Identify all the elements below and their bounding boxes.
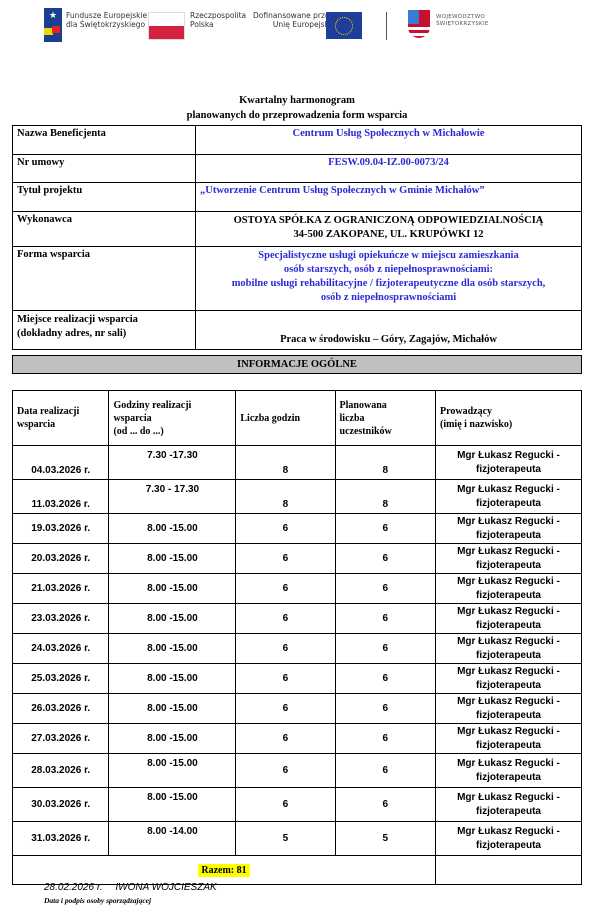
cell-hours-count: 6 [236, 634, 335, 664]
col-header-leader: Prowadzący (imię i nazwisko) [435, 391, 581, 446]
eu-cofunded-text: Dofinansowane przez Unię Europejską [253, 11, 334, 29]
col-header-hours-count: Liczba godzin [236, 391, 335, 446]
support-form-label: Forma wsparcia [13, 247, 196, 311]
schedule-header-row: Data realizacji wsparcia Godziny realiza… [13, 391, 582, 446]
cell-participants: 6 [335, 544, 435, 574]
schedule-row: 04.03.2026 r.7.30 -17.3088Mgr Łukasz Reg… [13, 446, 582, 480]
contractor-value: OSTOYA SPÓŁKA Z OGRANICZONĄ ODPOWIEDZIAL… [196, 212, 582, 247]
cell-participants: 8 [335, 480, 435, 514]
info-row-support-form: Forma wsparcia Specjalistyczne usługi op… [13, 247, 582, 311]
beneficiary-value: Centrum Usług Społecznych w Michałowie [196, 126, 582, 155]
region-crest-icon [408, 10, 430, 40]
cell-leader: Mgr Łukasz Regucki -fizjoterapeuta [435, 724, 581, 754]
cell-hours: 8.00 -15.00 [109, 664, 236, 694]
cell-hours-count: 8 [236, 446, 335, 480]
schedule-row: 23.03.2026 r.8.00 -15.0066Mgr Łukasz Reg… [13, 604, 582, 634]
cell-hours-count: 5 [236, 822, 335, 856]
cell-participants: 6 [335, 694, 435, 724]
funding-logos-strip: ★ Fundusze Europejskie dla Świętokrzyski… [0, 0, 594, 50]
schedule-row: 19.03.2026 r.8.00 -15.0066Mgr Łukasz Reg… [13, 514, 582, 544]
cell-date: 23.03.2026 r. [13, 604, 109, 634]
european-funds-logo-text: Fundusze Europejskie dla Świętokrzyskieg… [66, 11, 147, 29]
cell-leader: Mgr Łukasz Regucki -fizjoterapeuta [435, 514, 581, 544]
schedule-row: 20.03.2026 r.8.00 -15.0066Mgr Łukasz Reg… [13, 544, 582, 574]
info-row-place: Miejsce realizacji wsparcia (dokładny ad… [13, 311, 582, 350]
schedule-body: 04.03.2026 r.7.30 -17.3088Mgr Łukasz Reg… [13, 446, 582, 856]
signature-line: 28.02.2026 r. IWONA WOJCIESZAK [44, 882, 217, 893]
cell-leader: Mgr Łukasz Regucki -fizjoterapeuta [435, 754, 581, 788]
cell-date: 27.03.2026 r. [13, 724, 109, 754]
cell-hours-count: 8 [236, 480, 335, 514]
place-label: Miejsce realizacji wsparcia (dokładny ad… [13, 311, 196, 350]
cell-hours: 8.00 -14.00 [109, 822, 236, 856]
cell-hours-count: 6 [236, 724, 335, 754]
cell-participants: 6 [335, 514, 435, 544]
cell-hours-count: 6 [236, 574, 335, 604]
support-form-value: Specjalistyczne usługi opiekuńcze w miej… [196, 247, 582, 311]
cell-date: 26.03.2026 r. [13, 694, 109, 724]
schedule-total-row: Razem: 81 [13, 856, 582, 885]
cell-participants: 6 [335, 724, 435, 754]
cell-hours-count: 6 [236, 664, 335, 694]
info-row-project: Tytuł projektu „Utworzenie Centrum Usług… [13, 183, 582, 212]
cell-date: 20.03.2026 r. [13, 544, 109, 574]
cell-leader: Mgr Łukasz Regucki -fizjoterapeuta [435, 574, 581, 604]
cell-date: 24.03.2026 r. [13, 634, 109, 664]
cell-participants: 5 [335, 822, 435, 856]
region-logo-text: WOJEWÓDZTWO ŚWIĘTOKRZYSKIE [436, 14, 489, 28]
cell-hours-count: 6 [236, 788, 335, 822]
schedule-row: 30.03.2026 r.8.00 -15.0066Mgr Łukasz Reg… [13, 788, 582, 822]
cell-hours-count: 6 [236, 544, 335, 574]
cell-participants: 6 [335, 634, 435, 664]
cell-hours: 8.00 -15.00 [109, 634, 236, 664]
cell-hours: 8.00 -15.00 [109, 754, 236, 788]
beneficiary-label: Nazwa Beneficjenta [13, 126, 196, 155]
cell-participants: 6 [335, 604, 435, 634]
european-funds-logo-icon: ★ [44, 8, 62, 42]
cell-participants: 6 [335, 788, 435, 822]
info-row-contract: Nr umowy FESW.09.04-IZ.00-0073/24 [13, 155, 582, 183]
cell-hours: 8.00 -15.00 [109, 694, 236, 724]
cell-hours-count: 6 [236, 694, 335, 724]
schedule-row: 25.03.2026 r.8.00 -15.0066Mgr Łukasz Reg… [13, 664, 582, 694]
cell-participants: 8 [335, 446, 435, 480]
cell-participants: 6 [335, 754, 435, 788]
total-hours: Razem: 81 [198, 864, 249, 877]
eu-flag-icon [326, 12, 362, 39]
col-header-hours: Godziny realizacji wsparcia (od ... do .… [109, 391, 236, 446]
schedule-row: 27.03.2026 r.8.00 -15.0066Mgr Łukasz Reg… [13, 724, 582, 754]
project-label: Tytuł projektu [13, 183, 196, 212]
poland-logo-text: Rzeczpospolita Polska [190, 11, 246, 29]
cell-leader: Mgr Łukasz Regucki -fizjoterapeuta [435, 694, 581, 724]
cell-leader: Mgr Łukasz Regucki -fizjoterapeuta [435, 664, 581, 694]
schedule-table: Data realizacji wsparcia Godziny realiza… [12, 390, 582, 885]
cell-hours: 7.30 -17.30 [109, 446, 236, 480]
cell-hours: 8.00 -15.00 [109, 788, 236, 822]
cell-leader: Mgr Łukasz Regucki -fizjoterapeuta [435, 634, 581, 664]
cell-hours: 7.30 - 17.30 [109, 480, 236, 514]
cell-date: 30.03.2026 r. [13, 788, 109, 822]
cell-leader: Mgr Łukasz Regucki -fizjoterapeuta [435, 480, 581, 514]
cell-leader: Mgr Łukasz Regucki -fizjoterapeuta [435, 446, 581, 480]
cell-leader: Mgr Łukasz Regucki -fizjoterapeuta [435, 604, 581, 634]
cell-hours-count: 6 [236, 604, 335, 634]
section-general-info-header: INFORMACJE OGÓLNE [12, 355, 582, 374]
info-row-beneficiary: Nazwa Beneficjenta Centrum Usług Społecz… [13, 126, 582, 155]
project-value: „Utworzenie Centrum Usług Społecznych w … [196, 183, 582, 212]
cell-date: 25.03.2026 r. [13, 664, 109, 694]
cell-date: 04.03.2026 r. [13, 446, 109, 480]
cell-date: 21.03.2026 r. [13, 574, 109, 604]
cell-hours-count: 6 [236, 754, 335, 788]
cell-leader: Mgr Łukasz Regucki -fizjoterapeuta [435, 822, 581, 856]
cell-leader: Mgr Łukasz Regucki -fizjoterapeuta [435, 544, 581, 574]
total-empty-cell [435, 856, 581, 885]
signature-name: IWONA WOJCIESZAK [115, 882, 216, 893]
cell-leader: Mgr Łukasz Regucki -fizjoterapeuta [435, 788, 581, 822]
cell-participants: 6 [335, 574, 435, 604]
poland-flag-icon [148, 12, 185, 40]
cell-date: 31.03.2026 r. [13, 822, 109, 856]
cell-date: 28.03.2026 r. [13, 754, 109, 788]
document-subtitle: planowanych do przeprowadzenia form wspa… [0, 110, 594, 121]
cell-hours: 8.00 -15.00 [109, 514, 236, 544]
schedule-row: 21.03.2026 r.8.00 -15.0066Mgr Łukasz Reg… [13, 574, 582, 604]
schedule-row: 24.03.2026 r.8.00 -15.0066Mgr Łukasz Reg… [13, 634, 582, 664]
cell-date: 19.03.2026 r. [13, 514, 109, 544]
project-info-table: Nazwa Beneficjenta Centrum Usług Społecz… [12, 125, 582, 350]
col-header-participants: Planowana liczba uczestników [335, 391, 435, 446]
cell-participants: 6 [335, 664, 435, 694]
cell-hours-count: 6 [236, 514, 335, 544]
place-value: Praca w środowisku – Góry, Zagajów, Mich… [196, 311, 582, 350]
cell-hours: 8.00 -15.00 [109, 574, 236, 604]
total-cell: Razem: 81 [13, 856, 436, 885]
document-title: Kwartalny harmonogram [0, 95, 594, 106]
signature-date: 28.02.2026 r. [44, 882, 103, 893]
schedule-row: 28.03.2026 r.8.00 -15.0066Mgr Łukasz Reg… [13, 754, 582, 788]
info-row-contractor: Wykonawca OSTOYA SPÓŁKA Z OGRANICZONĄ OD… [13, 212, 582, 247]
signature-caption: Data i podpis osoby sporządzającej [44, 896, 151, 905]
schedule-row: 31.03.2026 r.8.00 -14.0055Mgr Łukasz Reg… [13, 822, 582, 856]
cell-hours: 8.00 -15.00 [109, 604, 236, 634]
cell-date: 11.03.2026 r. [13, 480, 109, 514]
col-header-date: Data realizacji wsparcia [13, 391, 109, 446]
logo-divider [386, 12, 387, 40]
schedule-row: 11.03.2026 r.7.30 - 17.3088Mgr Łukasz Re… [13, 480, 582, 514]
contract-value: FESW.09.04-IZ.00-0073/24 [196, 155, 582, 183]
cell-hours: 8.00 -15.00 [109, 724, 236, 754]
contract-label: Nr umowy [13, 155, 196, 183]
schedule-row: 26.03.2026 r.8.00 -15.0066Mgr Łukasz Reg… [13, 694, 582, 724]
contractor-label: Wykonawca [13, 212, 196, 247]
cell-hours: 8.00 -15.00 [109, 544, 236, 574]
